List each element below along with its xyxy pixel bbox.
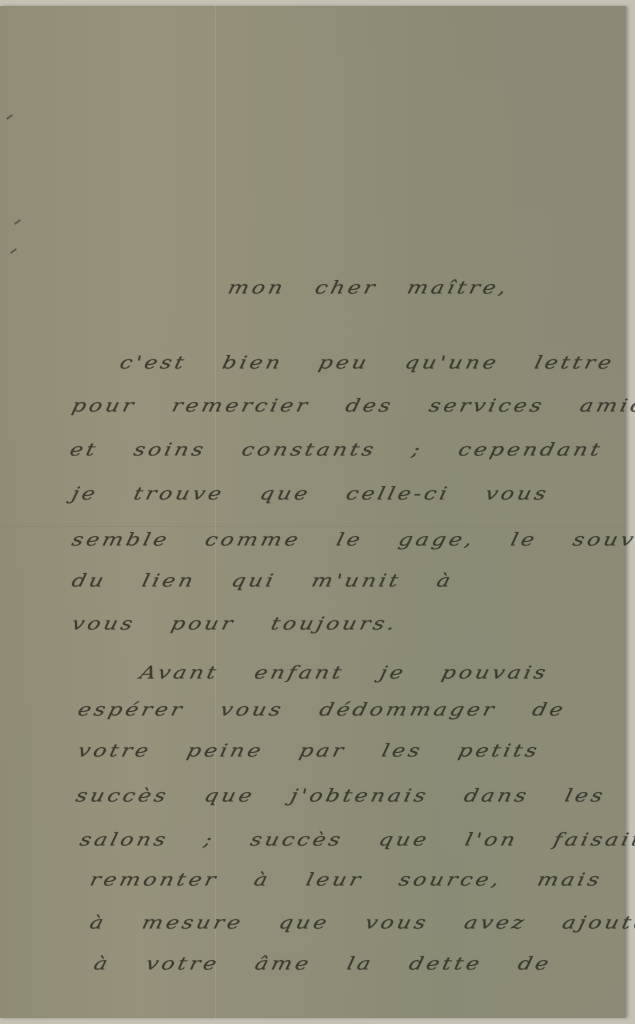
letter-line: remonter à leur source, mais (88, 871, 604, 891)
letter-sheet: mon cher maître, c'est bien peu qu'une l… (0, 6, 626, 1018)
letter-line: semble comme le gage, le souvenir (70, 531, 635, 551)
letter-line: succès que j'obtenais dans les (74, 787, 608, 807)
letter-line: Avant enfant je pouvais (138, 664, 551, 684)
letter-line: vous pour toujours. (70, 615, 400, 635)
letter-line: votre peine par les petits (76, 742, 542, 762)
letter-line: c'est bien peu qu'une lettre (118, 354, 616, 374)
letter-text: mon cher maître, c'est bien peu qu'une l… (0, 6, 626, 1018)
letter-line: pour remercier des services amicaux (70, 397, 635, 417)
letter-line: espérer vous dédommager de (76, 701, 568, 721)
letter-line: salons ; succès que l'on faisait (78, 831, 635, 851)
document-photo: mon cher maître, c'est bien peu qu'une l… (0, 0, 635, 1024)
letter-line: à votre âme la dette de (92, 955, 554, 975)
letter-line: du lien qui m'unit à (70, 572, 455, 592)
salutation: mon cher maître, (226, 279, 511, 299)
letter-line: à mesure que vous avez ajouté (88, 914, 635, 934)
letter-line: et soins constants ; cependant (68, 441, 605, 461)
letter-line: je trouve que celle-ci vous (70, 485, 551, 505)
